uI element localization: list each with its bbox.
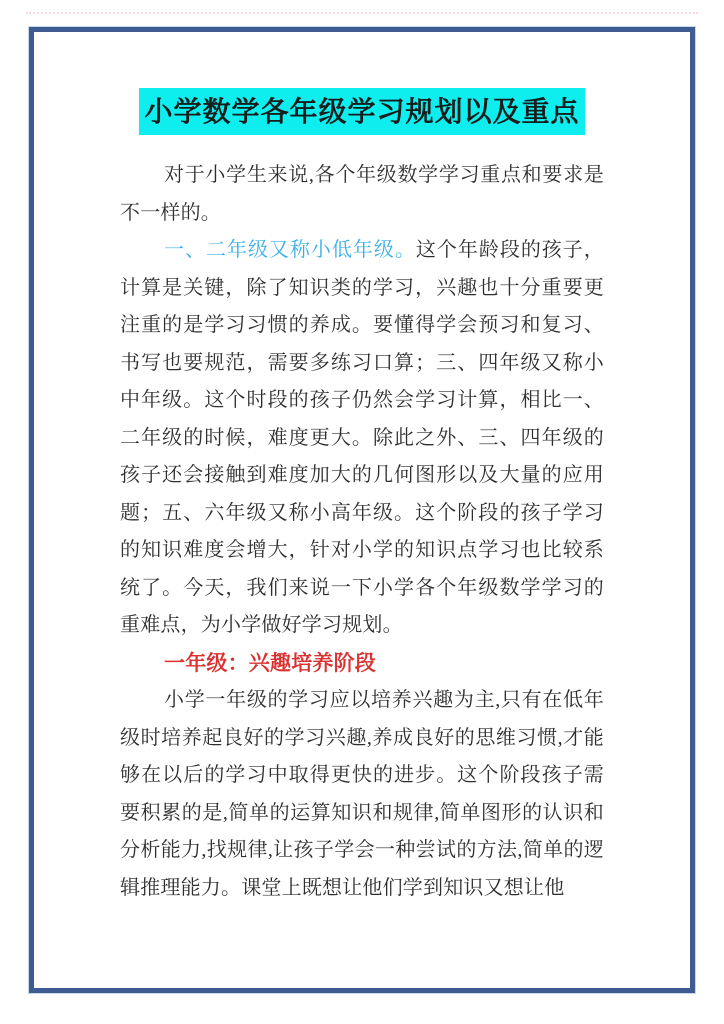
text-segment: 小学一年级的学习应以培养兴趣为主,只有在低年级时培养起良好的学习兴趣,养成良好的…: [120, 689, 604, 899]
document-content: 小学数学各年级学习规划以及重点 对于小学生来说,各个年级数学学习重点和要求是不一…: [120, 88, 604, 907]
text-segment: 这个年龄段的孩子，计算是关键，除了知识类的学习，兴趣也十分重要更注重的是学习习惯…: [120, 239, 604, 636]
document-page: { "page": { "background_color": "#ffffff…: [0, 0, 724, 1024]
paragraph-grade1-body: 小学一年级的学习应以培养兴趣为主,只有在低年级时培养起良好的学习兴趣,养成良好的…: [120, 682, 604, 907]
page-title: 小学数学各年级学习规划以及重点: [120, 88, 604, 135]
text-segment: 对于小学生来说,各个年级数学学习重点和要求是不一样的。: [120, 164, 604, 224]
paragraph-grade1-heading: 一年级：兴趣培养阶段: [120, 645, 604, 683]
text-segment: 一年级：兴趣培养阶段: [164, 651, 376, 675]
document-body: 对于小学生来说,各个年级数学学习重点和要求是不一样的。一、二年级又称小低年级。这…: [120, 157, 604, 907]
paragraph-intro: 对于小学生来说,各个年级数学学习重点和要求是不一样的。: [120, 157, 604, 232]
watermark-dots-decoration: [26, 12, 698, 14]
paragraph-grade-overview: 一、二年级又称小低年级。这个年龄段的孩子，计算是关键，除了知识类的学习，兴趣也十…: [120, 232, 604, 645]
page-title-highlight: 小学数学各年级学习规划以及重点: [139, 88, 584, 135]
text-segment: 一、二年级又称小低年级。: [164, 239, 416, 261]
